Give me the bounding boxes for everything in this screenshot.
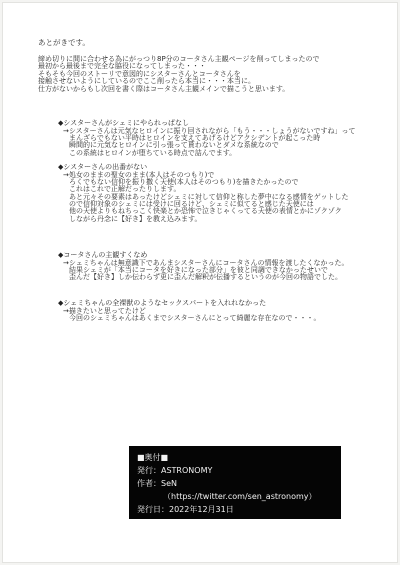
text-line: 仕方がないからもし次回を書く際はコータさん主観メインで描こうと思います。 xyxy=(38,86,320,93)
colophon-box: ■奥付■発行：ASTRONOMY作者：SeN（https://twitter.c… xyxy=(129,446,341,519)
text-line: しながら丹念に【好き】を教え込みます。 xyxy=(58,216,349,223)
afterword-page: あとがきです。 締め切りに間に合わせる為にがっつり8P分のコータさん主観ページを… xyxy=(2,2,398,563)
section-kota-pov: ◆コータさんの主観すくなめ →シェミちゃんは無意識下であんまシスターさんにコータ… xyxy=(58,252,349,282)
section-body: →処女のままの聖女のまま(本人はそのつもり)でろくでもない信仰を振り撒く天使(本… xyxy=(58,172,349,223)
text-line: 歪んだ【好き】しか伝わらず更に歪んだ解釈が伝播するというのが今回の物語でした。 xyxy=(58,274,349,281)
section-sister-no-role: ◆シスターさんの出番がない →処女のままの聖女のまま(本人はそのつもり)でろくで… xyxy=(58,164,349,223)
section-sister-done-in: ◆シスターさんがシェミにやられっぱなし →シスターさんは元気なヒロインに振り回さ… xyxy=(58,120,355,157)
text-line: 発行：ASTRONOMY xyxy=(137,464,333,477)
intro-paragraph: 締め切りに間に合わせる為にがっつり8P分のコータさん主観ページを削ってしまったの… xyxy=(38,56,320,93)
text-line: 作者：SeN xyxy=(137,477,333,490)
section-body: →描きたいと思ってたけど今回のシェミちゃんはあくまでシスターさんにとって綺麗な存… xyxy=(58,308,321,323)
section-shemi-part: ◆シェミちゃんの全裸獣のようなセックスパートを入れれなかった →描きたいと思って… xyxy=(58,300,321,322)
text-line: この系統はヒロインが堕ちている時点で詰んでます。 xyxy=(58,150,355,157)
afterword-title: あとがきです。 xyxy=(38,37,90,48)
text-line: ■奥付■ xyxy=(137,451,333,464)
text-line: （https://twitter.com/sen_astronomy） xyxy=(137,490,333,503)
text-line: 発行日：2022年12月31日 xyxy=(137,503,333,516)
section-body: →シェミちゃんは無意識下であんまシスターさんにコータさんの情報を渡したくなかった… xyxy=(58,260,349,282)
section-body: →シスターさんは元気なヒロインに振り回されながら「もう・・・しょうがないですね」… xyxy=(58,128,355,157)
text-line: 今回のシェミちゃんはあくまでシスターさんにとって綺麗な存在なので・・・。 xyxy=(58,315,321,322)
